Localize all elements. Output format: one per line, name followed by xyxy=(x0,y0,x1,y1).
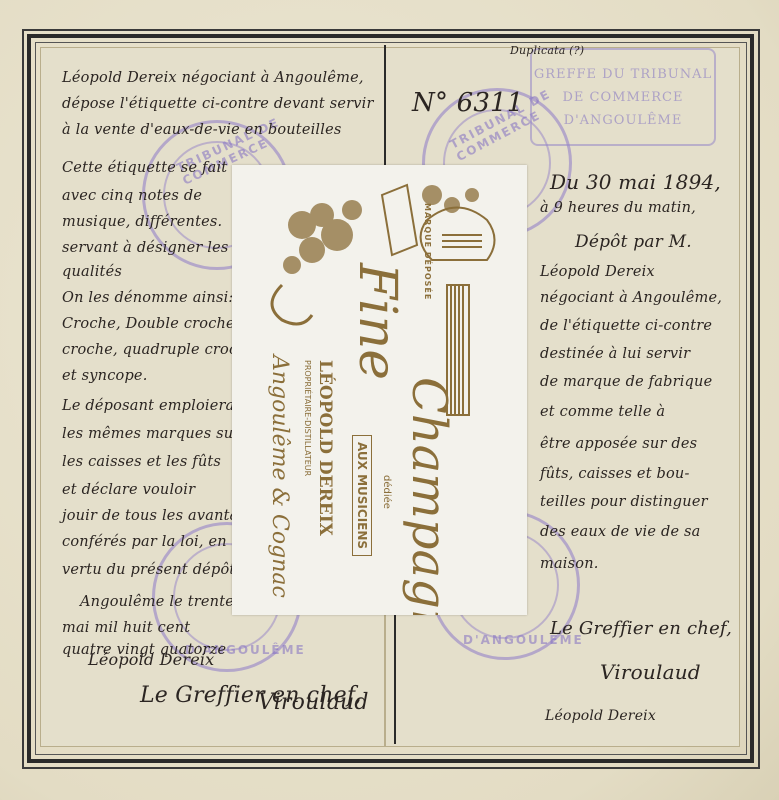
right-text-line: destinée à lui servir xyxy=(540,346,690,362)
label-title-champagne: Champagne xyxy=(401,377,457,615)
right-text-line: de marque de fabrique xyxy=(540,374,712,390)
fine-champagne-label: MARQUE DÉPOSÉE Fine Champagne dédiée AUX… xyxy=(232,165,527,615)
right-text-line: fûts, caisses et bou- xyxy=(540,466,690,482)
right-text-line: des eaux de vie de sa xyxy=(540,524,701,540)
left-text-line: Léopold Dereix négociant à Angoulême, xyxy=(62,70,364,86)
left-text-line: et syncope. xyxy=(62,368,148,384)
right-text-line: teilles pour distinguer xyxy=(540,494,708,510)
right-text-line: maison. xyxy=(540,556,599,572)
left-text-line: croche, quadruple croche xyxy=(62,342,256,358)
left-text-line: et déclare vouloir xyxy=(62,482,195,498)
right-text-line: de l'étiquette ci-contre xyxy=(540,318,712,334)
center-divider-bottom xyxy=(394,614,396,744)
rect-stamp-line: DE COMMERCE xyxy=(563,90,684,105)
left-text-line: Angoulême le trente xyxy=(80,594,234,610)
right-registrar-title: Le Greffier en chef, xyxy=(550,618,732,639)
registration-number: N° 6311 xyxy=(412,88,524,118)
left-text-line: On les dénomme ainsi: xyxy=(62,290,234,306)
right-text-line: Dépôt par M. xyxy=(575,232,692,252)
label-dedication: dédiée xyxy=(381,475,392,509)
left-text-line: les caisses et les fûts xyxy=(62,454,221,470)
label-owner-title: PROPRIÉTAIRE-DISTILLATEUR xyxy=(303,360,312,476)
left-text-line: conférés par la loi, en xyxy=(62,534,227,550)
right-text-line: et comme telle à xyxy=(540,404,665,420)
left-text-line: qualités xyxy=(62,264,122,280)
right-text-line: à 9 heures du matin, xyxy=(540,200,696,216)
label-owner: LÉOPOLD DEREIX xyxy=(315,360,335,536)
right-text-line: Du 30 mai 1894, xyxy=(550,170,721,194)
right-registrar-name: Viroulaud xyxy=(600,660,701,684)
left-text-line: vertu du présent dépôt. xyxy=(62,562,240,578)
label-banner: MARQUE DÉPOSÉE xyxy=(423,203,432,300)
greffe-rect-stamp: GREFFE DU TRIBUNAL DE COMMERCE D'ANGOULÊ… xyxy=(530,48,716,146)
right-text-line: Léopold Dereix xyxy=(540,264,655,280)
left-registrar-name: Viroulaud xyxy=(258,690,369,715)
label-place: Angoulême & Cognac xyxy=(267,355,292,598)
left-text-line: servant à désigner les xyxy=(62,240,229,256)
left-text-line: les mêmes marques sur xyxy=(62,426,240,442)
label-title-fine: Fine xyxy=(347,263,407,380)
left-text-line: Le déposant emploiera xyxy=(62,398,235,414)
left-text-line: mai mil huit cent xyxy=(62,620,190,636)
left-text-line: à la vente d'eaux-de-vie en bouteilles xyxy=(62,122,342,138)
right-depositor-signature: Léopold Dereix xyxy=(545,708,656,724)
label-ribbon: AUX MUSICIENS xyxy=(352,435,372,556)
right-text-line: être apposée sur des xyxy=(540,436,697,452)
duplicata-annotation: Duplicata (?) xyxy=(510,44,584,57)
left-text-line: musique, différentes. xyxy=(62,214,222,230)
left-text-line: Cette étiquette se fait xyxy=(62,160,227,176)
left-text-line: dépose l'étiquette ci-contre devant serv… xyxy=(62,96,374,112)
right-text-line: négociant à Angoulême, xyxy=(540,290,722,306)
rect-stamp-line: GREFFE DU TRIBUNAL xyxy=(534,67,712,82)
center-divider-top xyxy=(384,45,386,165)
left-depositor-signature: Léopold Dereix xyxy=(88,650,214,669)
left-text-line: avec cinq notes de xyxy=(62,188,202,204)
rect-stamp-line: D'ANGOULÊME xyxy=(564,113,683,128)
